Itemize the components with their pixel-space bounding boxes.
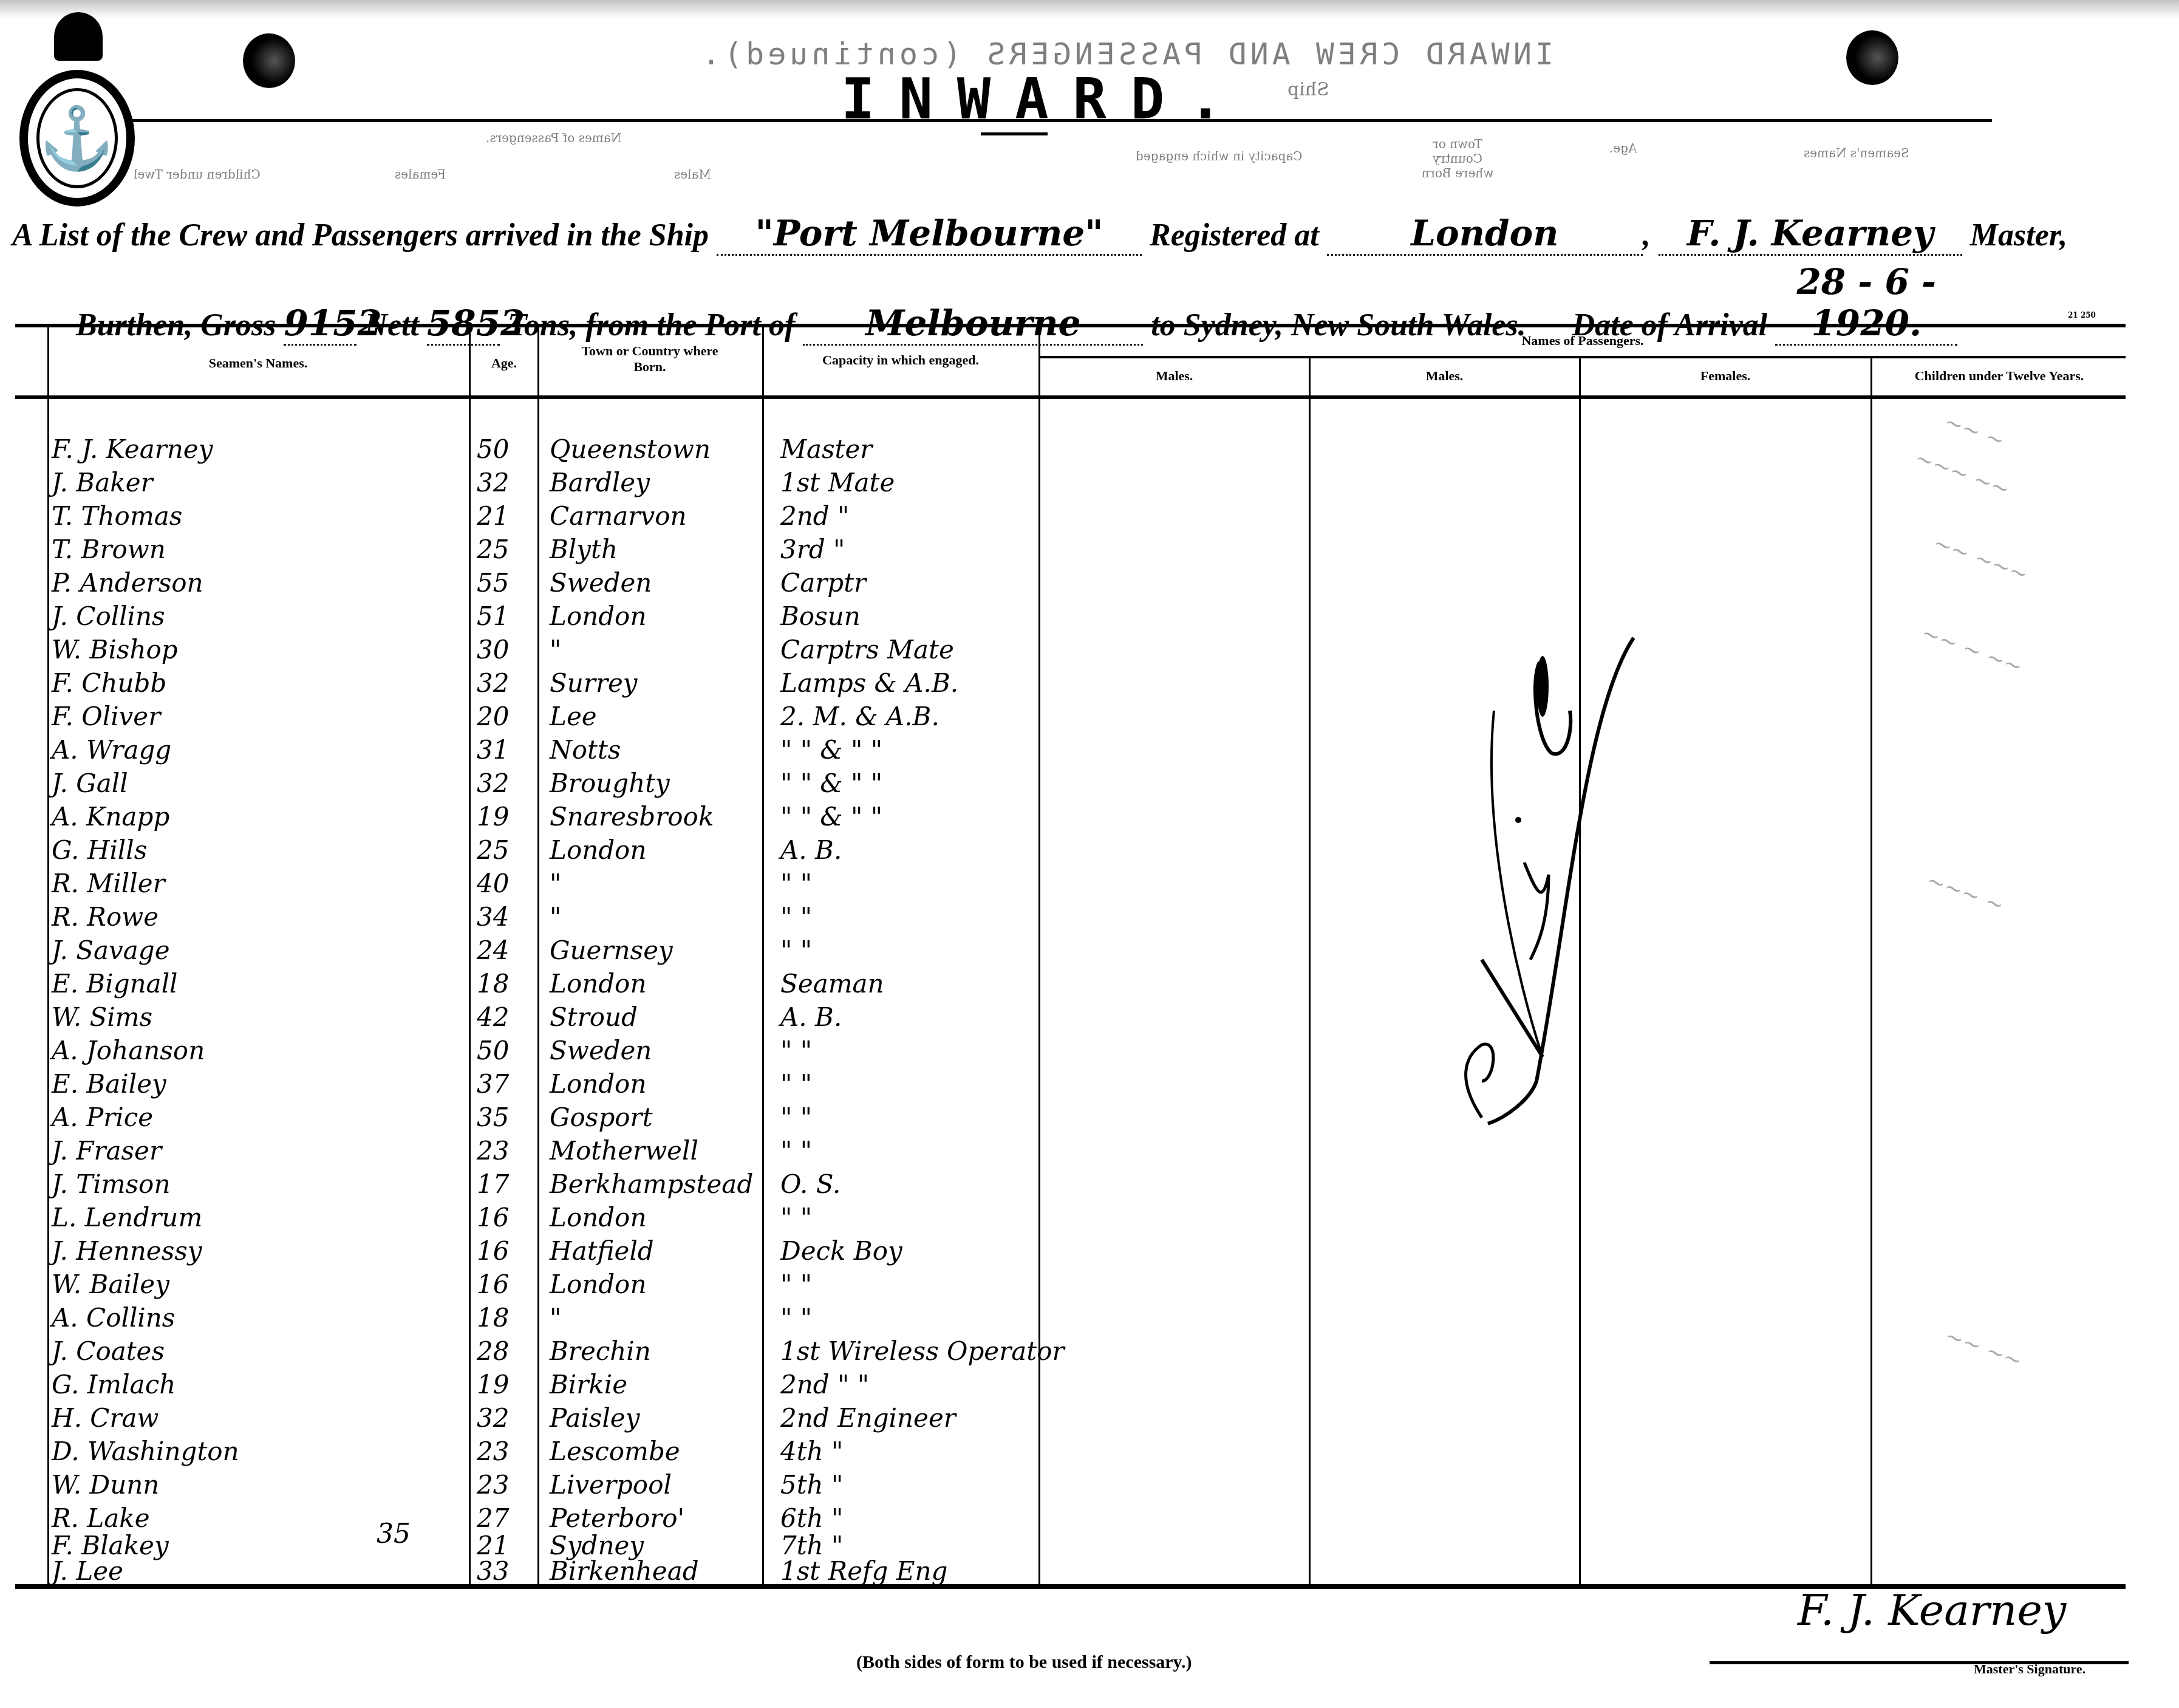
seaman-birthplace: London	[550, 601, 646, 631]
seaman-name: R. Lake	[52, 1503, 150, 1533]
seaman-age: 34	[477, 902, 509, 932]
seaman-capacity: A. B.	[780, 835, 842, 865]
seaman-capacity: " "	[780, 1269, 812, 1299]
seaman-name: E. Bignall	[52, 969, 178, 999]
seaman-name: W. Dunn	[52, 1470, 159, 1500]
mirrored-age-head: Age.	[1609, 141, 1637, 155]
master-label: Master,	[1970, 218, 2067, 253]
seaman-capacity: " "	[780, 869, 812, 898]
seaman-age: 33	[477, 1556, 509, 1586]
crew-row: A. Wragg31Notts" " & " "	[0, 735, 2179, 768]
seaman-name: H. Craw	[52, 1403, 159, 1433]
crew-row: A. Johanson50Sweden" "	[0, 1036, 2179, 1069]
col-header-males-1: Males.	[1040, 368, 1309, 384]
col-header-children: Children under Twelve Years.	[1872, 368, 2127, 384]
seaman-capacity: Deck Boy	[780, 1236, 902, 1266]
col-header-passengers: Names of Passengers.	[1040, 333, 2126, 349]
seaman-name: R. Miller	[52, 869, 165, 898]
crew-row: R. Miller40"" "	[0, 869, 2179, 902]
seaman-age: 25	[477, 535, 509, 564]
crew-row: J. Savage24Guernsey" "	[0, 935, 2179, 969]
seaman-birthplace: Lee	[550, 702, 597, 731]
seaman-birthplace: Stroud	[550, 1002, 638, 1032]
seaman-capacity: 2nd Engineer	[780, 1403, 956, 1433]
seaman-age: 17	[477, 1169, 509, 1199]
seaman-capacity: " "	[780, 1036, 812, 1065]
seaman-capacity: Bosun	[780, 601, 861, 631]
seaman-age: 35	[477, 1102, 509, 1132]
seaman-name: A. Johanson	[52, 1036, 205, 1065]
seaman-name: G. Hills	[52, 835, 147, 865]
seaman-birthplace: Surrey	[550, 668, 638, 698]
seaman-birthplace: London	[550, 835, 646, 865]
seaman-birthplace: Birkenhead	[550, 1556, 699, 1586]
seaman-birthplace: Blyth	[550, 535, 618, 564]
seaman-name: J. Gall	[52, 768, 128, 798]
crew-row: A. Collins18"" "	[0, 1303, 2179, 1336]
seaman-name: J. Savage	[52, 935, 170, 965]
seaman-name: R. Rowe	[52, 902, 159, 932]
seaman-age: 24	[477, 935, 509, 965]
crew-row: W. Sims42StroudA. B.	[0, 1002, 2179, 1036]
seaman-name: W. Bailey	[52, 1269, 169, 1299]
master-signature-label: Master's Signature.	[1974, 1661, 2085, 1677]
seaman-capacity: A. B.	[780, 1002, 842, 1032]
seaman-capacity: " "	[780, 902, 812, 932]
seaman-name: W. Sims	[52, 1002, 152, 1032]
seaman-capacity: 2. M. & A.B.	[780, 702, 939, 731]
crew-row: J. Hennessy16HatfieldDeck Boy	[0, 1236, 2179, 1269]
seaman-capacity: " "	[780, 1069, 812, 1099]
crew-row: W. Bailey16London" "	[0, 1269, 2179, 1303]
seaman-name: J. Timson	[52, 1169, 170, 1199]
seaman-age: 21	[477, 501, 509, 531]
seaman-name: A. Collins	[52, 1303, 175, 1333]
seaman-name: G. Imlach	[52, 1370, 176, 1399]
crown-icon	[54, 12, 103, 61]
table-top-rule	[15, 324, 2126, 327]
crew-count-mark: 35	[377, 1518, 411, 1549]
seaman-age: 50	[477, 434, 509, 464]
seaman-capacity: " "	[780, 1303, 812, 1333]
footer-note: (Both sides of form to be used if necess…	[856, 1652, 1192, 1673]
crew-row: F. J. Kearney50QueenstownMaster	[0, 434, 2179, 468]
crew-row: L. Lendrum16London" "	[0, 1203, 2179, 1236]
seaman-name: J. Coates	[52, 1336, 165, 1366]
seaman-birthplace: Liverpool	[550, 1470, 672, 1500]
punch-hole-left	[243, 33, 295, 88]
official-signature-mark	[1445, 620, 1664, 1166]
crew-row: W. Bishop30"Carptrs Mate	[0, 635, 2179, 668]
col-header-females: Females.	[1580, 368, 1870, 384]
crew-row: A. Price35Gosport" "	[0, 1102, 2179, 1136]
seaman-age: 50	[477, 1036, 509, 1065]
seaman-age: 25	[477, 835, 509, 865]
seaman-birthplace: "	[550, 902, 561, 932]
seaman-capacity: O. S.	[780, 1169, 841, 1199]
mirrored-capacity-head: Capacity in which engaged	[1136, 149, 1303, 163]
seaman-birthplace: Carnarvon	[550, 501, 686, 531]
seaman-birthplace: Berkhampstead	[550, 1169, 753, 1199]
seaman-birthplace: Birkie	[550, 1370, 627, 1399]
seaman-age: 23	[477, 1436, 509, 1466]
seaman-capacity: " " & " "	[780, 768, 882, 798]
seaman-capacity: 5th "	[780, 1470, 843, 1500]
header-line-1: A List of the Crew and Passengers arrive…	[12, 213, 2067, 256]
seaman-birthplace: Sweden	[550, 1036, 652, 1065]
seaman-name: J. Fraser	[52, 1136, 162, 1166]
col-header-age: Age.	[471, 355, 537, 371]
crew-row: T. Thomas21Carnarvon2nd "	[0, 501, 2179, 535]
seaman-age: 23	[477, 1136, 509, 1166]
seaman-age: 32	[477, 1403, 509, 1433]
col-header-capacity: Capacity in which engaged.	[764, 352, 1037, 368]
seaman-birthplace: London	[550, 969, 646, 999]
seaman-capacity: Carptrs Mate	[780, 635, 954, 664]
registered-label: Registered at	[1150, 218, 1319, 253]
seaman-capacity: Master	[780, 434, 872, 464]
col-header-town-born: Town or Country where Born.	[568, 343, 732, 375]
crew-row: E. Bignall18LondonSeaman	[0, 969, 2179, 1002]
seaman-name: L. Lendrum	[52, 1203, 202, 1232]
seaman-birthplace: Lescombe	[550, 1436, 680, 1466]
master-signature: F. J. Kearney	[1798, 1585, 2066, 1635]
col-header-males-2: Males.	[1310, 368, 1579, 384]
seaman-name: J. Collins	[52, 601, 165, 631]
crew-row: J. Gall32Broughty" " & " "	[0, 768, 2179, 802]
seaman-age: 16	[477, 1203, 509, 1232]
seaman-age: 30	[477, 635, 509, 664]
table-header-bottom-rule	[15, 395, 2126, 399]
seaman-capacity: 2nd "	[780, 501, 849, 531]
seaman-age: 23	[477, 1470, 509, 1500]
ornament-rule	[981, 132, 1048, 135]
seaman-age: 20	[477, 702, 509, 731]
registered-at-field: London	[1327, 213, 1643, 256]
seaman-capacity: " "	[780, 1102, 812, 1132]
seaman-name: T. Brown	[52, 535, 166, 564]
seaman-birthplace: Brechin	[550, 1336, 651, 1366]
ship-name-field: "Port Melbourne"	[717, 213, 1142, 256]
form-number: 21 250	[2068, 311, 2096, 319]
crew-row: J. Collins51LondonBosun	[0, 601, 2179, 635]
crew-row: G. Hills25LondonA. B.	[0, 835, 2179, 869]
seaman-capacity: 1st Refg Eng	[780, 1556, 947, 1586]
seaman-birthplace: Guernsey	[550, 935, 673, 965]
seaman-capacity: 4th "	[780, 1436, 843, 1466]
seaman-age: 18	[477, 1303, 509, 1333]
seaman-name: D. Washington	[52, 1436, 239, 1466]
seaman-age: 51	[477, 601, 509, 631]
seaman-age: 18	[477, 969, 509, 999]
seaman-name: P. Anderson	[52, 568, 203, 598]
seaman-name: F. Chubb	[52, 668, 166, 698]
seaman-age: 37	[477, 1069, 509, 1099]
mirrored-children-head: Children under Twel	[134, 167, 261, 182]
seaman-age: 32	[477, 768, 509, 798]
seaman-birthplace: Queenstown	[550, 434, 711, 464]
seaman-birthplace: Peterboro'	[550, 1503, 684, 1533]
seaman-name: J. Hennessy	[52, 1236, 202, 1266]
mirrored-females-head: Females	[395, 167, 446, 182]
crew-row: A. Knapp19Snaresbrook" " & " "	[0, 802, 2179, 835]
crew-row: T. Brown25Blyth3rd "	[0, 535, 2179, 568]
seaman-name: A. Knapp	[52, 802, 169, 832]
mirrored-ship-label: Ship	[1287, 79, 1329, 100]
seaman-capacity: 3rd "	[780, 535, 845, 564]
seaman-name: F. Oliver	[52, 702, 160, 731]
crew-row: J. Baker32Bardley1st Mate	[0, 468, 2179, 501]
crew-row: J. Coates28Brechin1st Wireless Operator	[0, 1336, 2179, 1370]
seaman-capacity: 2nd " "	[780, 1370, 869, 1399]
seaman-name: J. Baker	[52, 468, 153, 497]
seaman-name: W. Bishop	[52, 635, 178, 664]
crew-row: E. Bailey37London" "	[0, 1069, 2179, 1102]
seaman-capacity: Seaman	[780, 969, 884, 999]
mirrored-seamen-head: Seamen's Names	[1804, 146, 1909, 160]
seaman-birthplace: "	[550, 1303, 561, 1333]
list-intro-label: A List of the Crew and Passengers arrive…	[12, 218, 709, 253]
crew-row: J. Lee33Birkenhead1st Refg Eng	[0, 1556, 2179, 1590]
crew-row: F. Chubb32SurreyLamps & A.B.	[0, 668, 2179, 702]
seaman-age: 27	[477, 1503, 509, 1533]
seaman-birthplace: London	[550, 1203, 646, 1232]
seaman-birthplace: Paisley	[550, 1403, 639, 1433]
seaman-age: 16	[477, 1269, 509, 1299]
col-header-seamen-names: Seamen's Names.	[49, 355, 468, 371]
seaman-age: 28	[477, 1336, 509, 1366]
seaman-capacity: " " & " "	[780, 735, 882, 765]
seaman-age: 32	[477, 468, 509, 497]
seaman-age: 55	[477, 568, 509, 598]
seaman-age: 40	[477, 869, 509, 898]
seaman-birthplace: Broughty	[550, 768, 670, 798]
anchor-icon: ⚓	[36, 88, 118, 188]
seaman-capacity: 1st Mate	[780, 468, 895, 497]
seaman-name: T. Thomas	[52, 501, 182, 531]
seaman-capacity: " "	[780, 1203, 812, 1232]
seaman-capacity: 6th "	[780, 1503, 843, 1533]
seaman-capacity: 1st Wireless Operator	[780, 1336, 1065, 1366]
punch-hole-right	[1846, 30, 1898, 85]
seaman-capacity: " " & " "	[780, 802, 882, 832]
crew-row: P. Anderson55SwedenCarptr	[0, 568, 2179, 601]
seaman-birthplace: "	[550, 635, 561, 664]
seaman-age: 16	[477, 1236, 509, 1266]
mirrored-town-head: Town or Country where Born	[1415, 137, 1500, 180]
passenger-subhead-rule	[1038, 356, 2126, 358]
seaman-age: 32	[477, 668, 509, 698]
crew-row: G. Imlach19Birkie2nd " "	[0, 1370, 2179, 1403]
seaman-capacity: " "	[780, 935, 812, 965]
seaman-capacity: " "	[780, 1136, 812, 1166]
seaman-age: 31	[477, 735, 509, 765]
crew-row: J. Timson17BerkhampsteadO. S.	[0, 1169, 2179, 1203]
mirrored-passengers-head: Names of Passengers.	[486, 131, 621, 145]
crew-row: H. Craw32Paisley2nd Engineer	[0, 1403, 2179, 1436]
crew-row: J. Fraser23Motherwell" "	[0, 1136, 2179, 1169]
seaman-birthplace: Snaresbrook	[550, 802, 714, 832]
seaman-birthplace: Gosport	[550, 1102, 653, 1132]
nsw-seal-emblem: ⚓	[15, 12, 142, 207]
crew-row: D. Washington23Lescombe4th "	[0, 1436, 2179, 1470]
seaman-birthplace: "	[550, 869, 561, 898]
seaman-name: A. Price	[52, 1102, 153, 1132]
seaman-birthplace: Hatfield	[550, 1236, 654, 1266]
seaman-birthplace: Motherwell	[550, 1136, 698, 1166]
seaman-birthplace: Bardley	[550, 468, 650, 497]
mirrored-males-head: Males	[674, 167, 711, 182]
seaman-birthplace: Sweden	[550, 568, 652, 598]
seaman-birthplace: London	[550, 1069, 646, 1099]
master-name-field: F. J. Kearney	[1659, 213, 1962, 256]
crew-row: R. Rowe34"" "	[0, 902, 2179, 935]
seaman-name: E. Bailey	[52, 1069, 166, 1099]
seaman-name: A. Wragg	[52, 735, 171, 765]
scan-edge-noise	[0, 0, 2179, 18]
seaman-name: J. Lee	[52, 1556, 123, 1586]
top-rule	[128, 119, 1992, 122]
seaman-birthplace: Notts	[550, 735, 621, 765]
seaman-age: 19	[477, 802, 509, 832]
seaman-age: 19	[477, 1370, 509, 1399]
seaman-capacity: Carptr	[780, 568, 866, 598]
seaman-birthplace: London	[550, 1269, 646, 1299]
crew-row: F. Oliver20Lee2. M. & A.B.	[0, 702, 2179, 735]
seaman-name: F. J. Kearney	[52, 434, 213, 464]
seaman-age: 42	[477, 1002, 509, 1032]
seaman-capacity: Lamps & A.B.	[780, 668, 958, 698]
crew-row: W. Dunn23Liverpool5th "	[0, 1470, 2179, 1503]
